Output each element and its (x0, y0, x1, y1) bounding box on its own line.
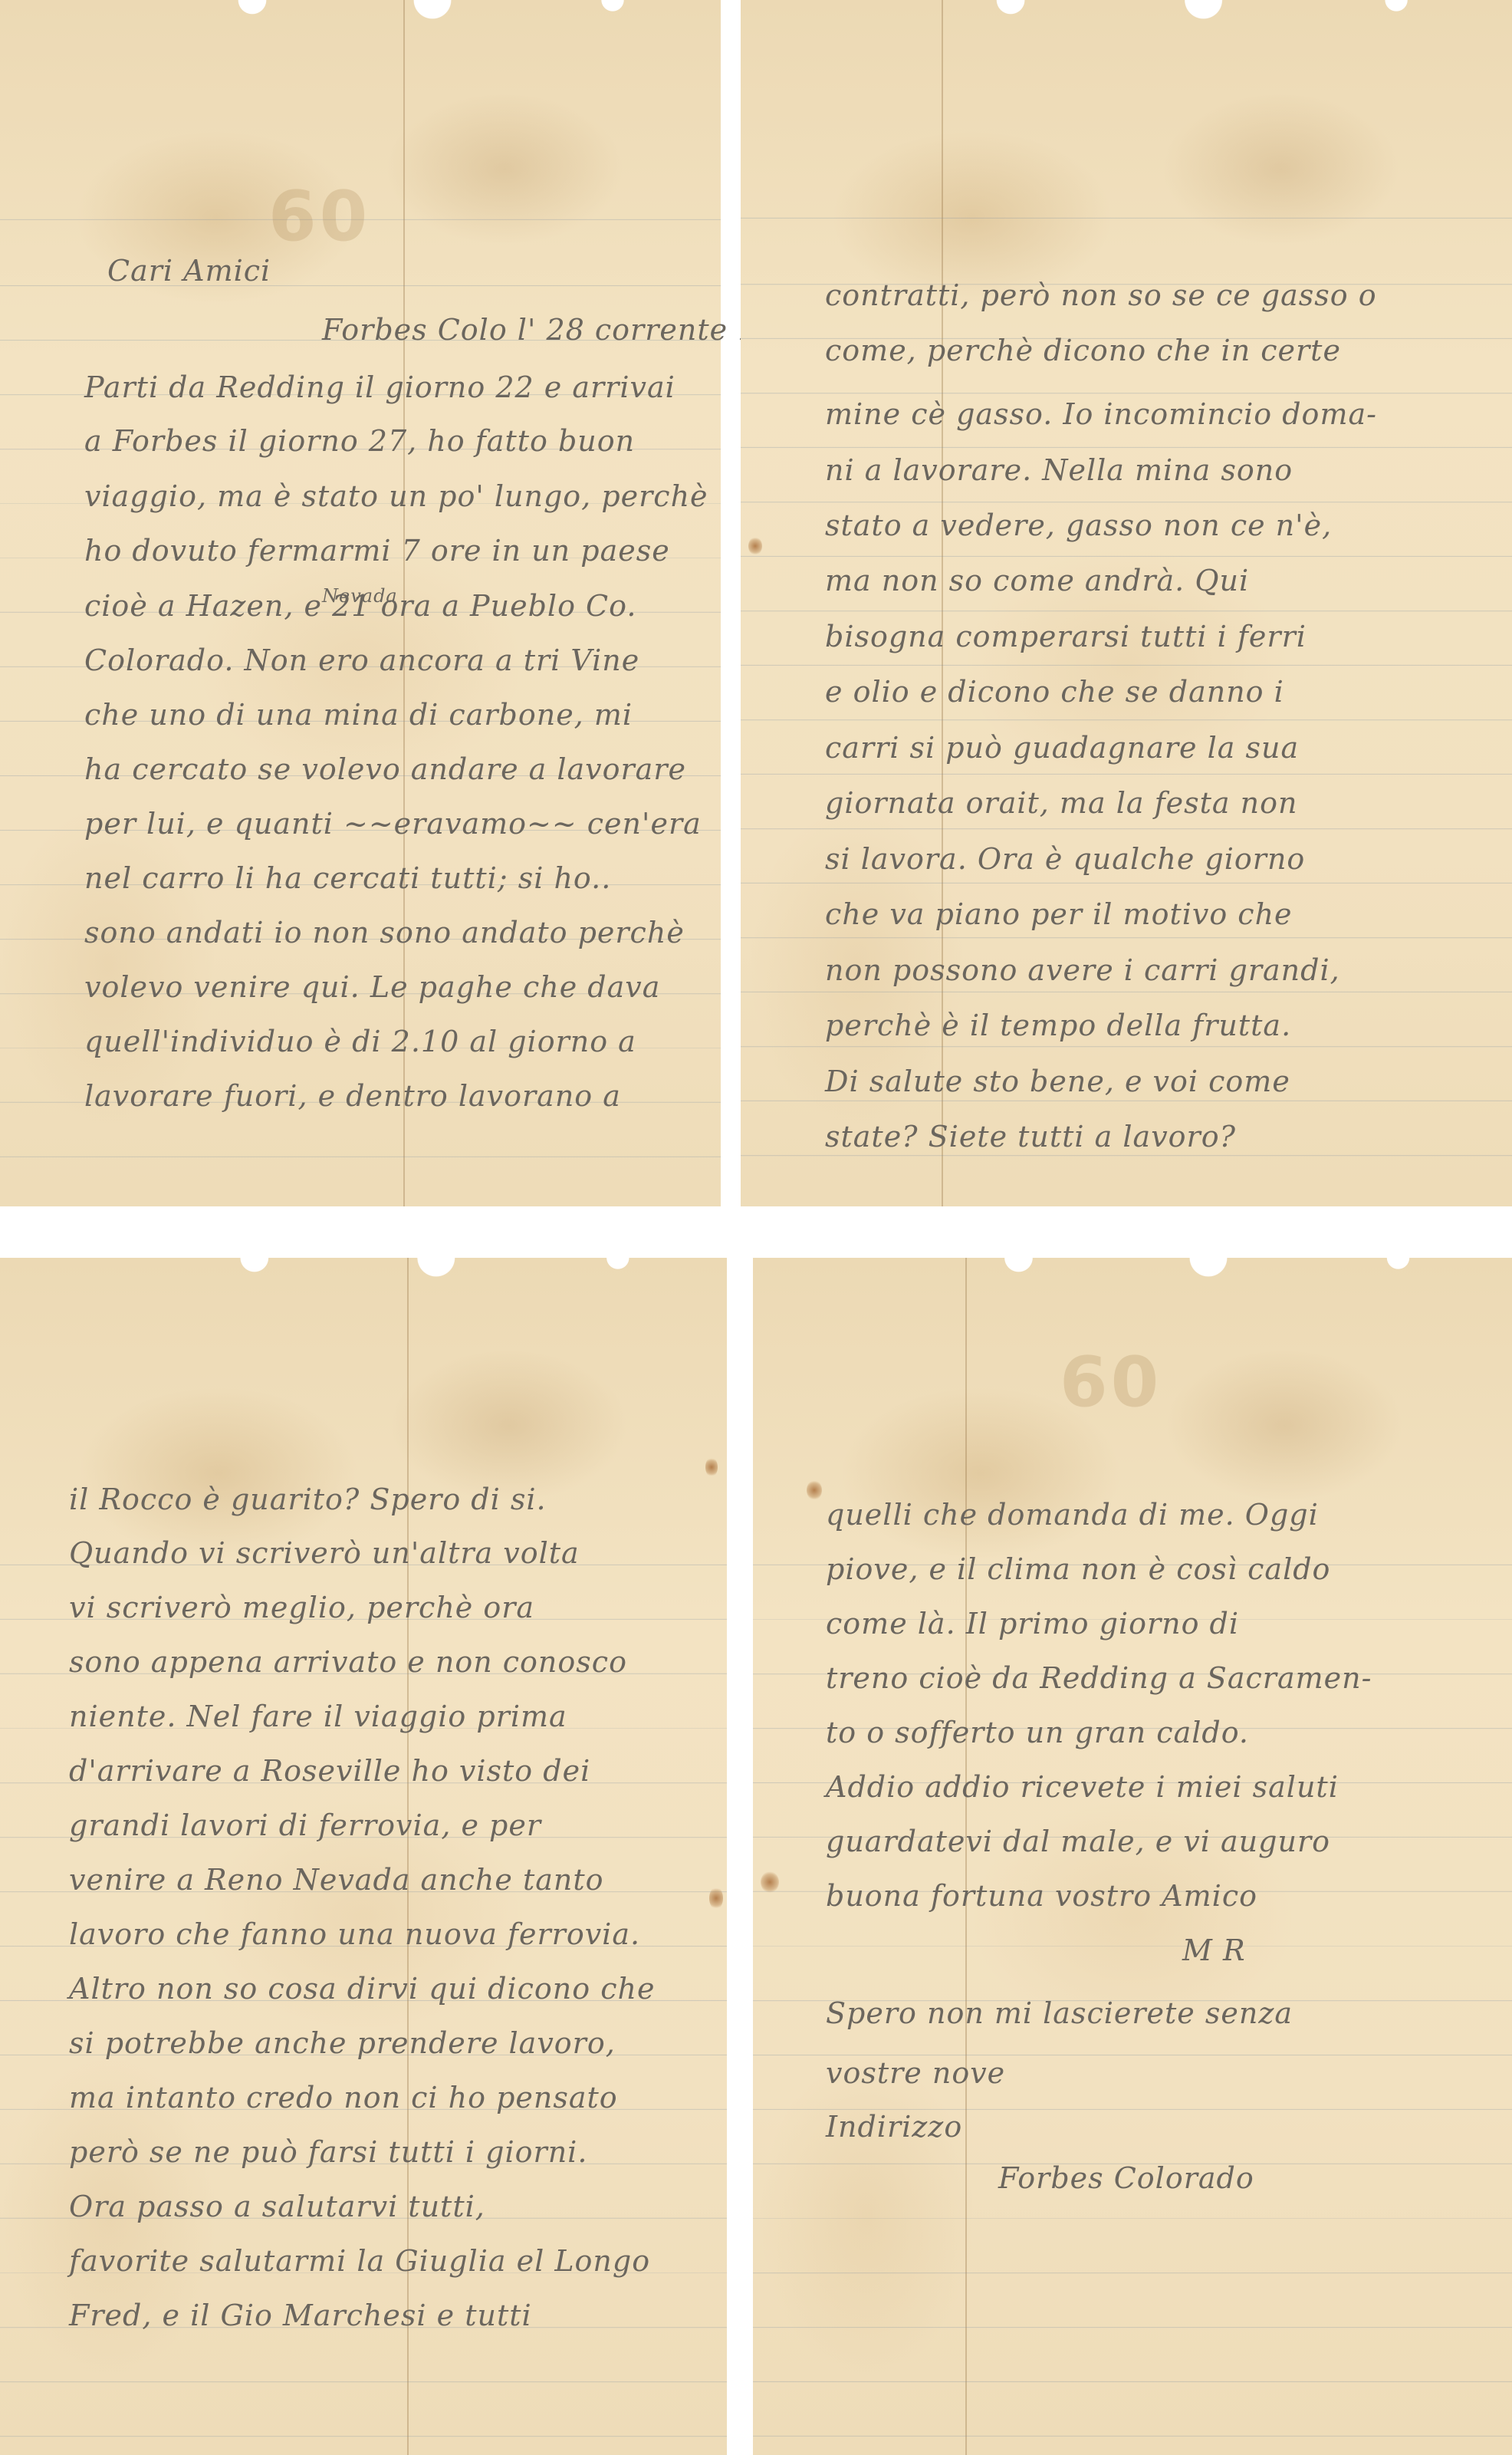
letter-page-4: 60 quelli che domanda di me. Oggi piove,… (753, 1258, 1512, 2455)
letter-line: per lui, e quanti ~~eravamo~~ cen'era (84, 797, 702, 851)
letter-line: Addio addio ricevete i miei saluti (826, 1760, 1339, 1815)
letter-line: state? Siete tutti a lavoro? (825, 1110, 1236, 1164)
letter-line: come là. Il primo giorno di (826, 1597, 1239, 1651)
faded-stamp: 60 (268, 176, 370, 257)
letter-line: grandi lavori di ferrovia, e per (69, 1798, 541, 1853)
letter-line: si lavora. Ora è qualche giorno (825, 832, 1305, 887)
letter-line: lavoro che fanno una nuova ferrovia. (69, 1907, 640, 1962)
faded-stamp: 60 (1060, 1342, 1162, 1423)
letter-line: guardatevi dal male, e vi auguro (826, 1815, 1330, 1869)
letter-line: Ora passo a salutarvi tutti, (69, 2180, 485, 2234)
letter-line: vostre nove (826, 2046, 1005, 2101)
letter-line: d'arrivare a Roseville ho visto dei (69, 1744, 590, 1798)
signature-initials: M R (1182, 1924, 1246, 1978)
letter-line: volevo venire qui. Le paghe che dava (84, 960, 660, 1015)
letter-line: mine cè gasso. Io incomincio doma- (825, 387, 1377, 442)
rust-stain (761, 1871, 779, 1893)
letter-line: ma intanto credo non ci ho pensato (69, 2071, 618, 2125)
letter-line: Quando vi scriverò un'altra volta (69, 1526, 580, 1581)
letter-line: vi scriverò meglio, perchè ora (69, 1581, 534, 1635)
letter-line: a Forbes il giorno 27, ho fatto buon (84, 414, 635, 469)
letter-line: che va piano per il motivo che (825, 887, 1293, 942)
letter-line: stato a vedere, gasso non ce n'è, (825, 499, 1332, 553)
letter-line: viaggio, ma è stato un po' lungo, perchè (84, 469, 708, 524)
letter-line: favorite salutarmi la Giuglia el Longo (69, 2234, 650, 2289)
letter-line: niente. Nel fare il viaggio prima (69, 1690, 567, 1744)
address-value: Forbes Colorado (998, 2151, 1254, 2206)
letter-line: piove, e il clima non è così caldo (826, 1542, 1330, 1597)
letter-line: non possono avere i carri grandi, (825, 943, 1340, 998)
letter-line: ni a lavorare. Nella mina sono (825, 443, 1293, 498)
letter-line: come, perchè dicono che in certe (825, 324, 1341, 378)
rust-stain (709, 1887, 723, 1910)
letter-line: il Rocco è guarito? Spero di si. (69, 1473, 547, 1527)
rust-stain (748, 537, 762, 555)
rust-stain (705, 1457, 718, 1477)
letter-line: ha cercato se volevo andare a lavorare (84, 742, 686, 797)
dateline: Forbes Colo l' 28 corrente 19.. (322, 303, 797, 357)
letter-line: cioè a Hazen, e 21 ora a Pueblo Co. (84, 579, 636, 633)
letter-line: quelli che domanda di me. Oggi (826, 1488, 1319, 1542)
letter-line: bisogna comperarsi tutti i ferri (825, 610, 1307, 664)
letter-line: buona fortuna vostro Amico (826, 1869, 1257, 1924)
letter-line: contratti, però non so se ce gasso o (825, 268, 1377, 323)
letter-line: venire a Reno Nevada anche tanto (69, 1853, 604, 1907)
letter-line: si potrebbe anche prendere lavoro, (69, 2016, 616, 2071)
letter-line: carri si può guadagnare la sua (825, 721, 1299, 775)
letter-line: ma non so come andrà. Qui (825, 554, 1249, 608)
letter-line: giornata orait, ma la festa non (825, 776, 1297, 831)
letter-line: nel carro li ha cercati tutti; si ho.. (84, 851, 611, 906)
letter-line: che uno di una mina di carbone, mi (84, 688, 633, 742)
letter-line: e olio e dicono che se danno i (825, 665, 1284, 719)
letter-page-3: il Rocco è guarito? Spero di si. Quando … (0, 1258, 727, 2455)
letter-line: Altro non so cosa dirvi qui dicono che (69, 1962, 655, 2016)
letter-line: to o sofferto un gran caldo. (826, 1706, 1249, 1760)
letter-line: Fred, e il Gio Marchesi e tutti (69, 2289, 532, 2343)
letter-line: sono appena arrivato e non conosco (69, 1635, 627, 1690)
letter-line: Spero non mi lascierete senza (826, 1986, 1293, 2041)
letter-line: quell'individuo è di 2.10 al giorno a (84, 1015, 636, 1069)
letter-line: lavorare fuori, e dentro lavorano a (84, 1069, 621, 1124)
letter-line: però se ne può farsi tutti i giorni. (69, 2125, 587, 2180)
salutation: Cari Amici (107, 244, 271, 298)
letter-line: perchè è il tempo della frutta. (825, 999, 1291, 1053)
letter-line: Di salute sto bene, e voi come (825, 1055, 1290, 1109)
letter-line: sono andati io non sono andato perchè (84, 906, 685, 960)
letter-line: Parti da Redding il giorno 22 e arrivai (84, 360, 675, 415)
rust-stain (807, 1480, 822, 1500)
letter-page-2: contratti, però non so se ce gasso o com… (741, 0, 1512, 1206)
letter-line: Colorado. Non ero ancora a tri Vine (84, 633, 639, 688)
address-label: Indirizzo (826, 2100, 962, 2154)
letter-page-1: 60 Cari Amici Forbes Colo l' 28 corrente… (0, 0, 721, 1206)
letter-line: treno cioè da Redding a Sacramen- (826, 1651, 1372, 1706)
